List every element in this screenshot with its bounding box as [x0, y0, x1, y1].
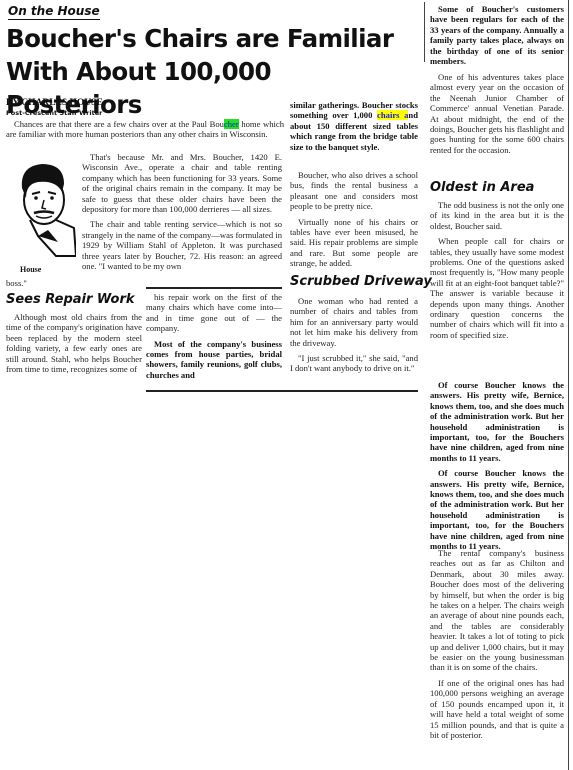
column-1-text: That's because Mr. and Mrs. Boucher, 142…	[82, 152, 282, 276]
column-1-lower-text: Although most old chairs from the time o…	[6, 312, 142, 379]
cartoon-illustration	[8, 158, 76, 258]
section-kicker: On the House	[8, 4, 100, 20]
byline: BY CHARLES HOUSE	[6, 98, 103, 108]
column-4-text: One of his adventures takes place almost…	[430, 72, 564, 160]
illustration-caption: House	[20, 265, 41, 274]
column-3-text: Boucher, who also drives a school bus, f…	[290, 170, 418, 274]
column-3-lower-text: One woman who had rented a number of cha…	[290, 296, 418, 379]
highlight-green[interactable]: cher	[224, 119, 239, 129]
column-3-bold-text: similar gatherings. Boucher stocks somet…	[290, 100, 418, 157]
headline-line-1: Boucher's Chairs are Familiar	[6, 22, 406, 55]
subhead-scrubbed-driveway: Scrubbed Driveway	[290, 274, 432, 289]
column-divider-rule	[146, 287, 282, 289]
page-right-edge-rule	[568, 0, 569, 770]
column-4-bold-repeat: Of course Boucher knows the answers. His…	[430, 380, 564, 557]
byline-title: Post-Crescent Staff Writer	[6, 109, 102, 117]
column-2-text: his repair work on the first of the many…	[146, 292, 282, 385]
caption-continuation: boss."	[6, 278, 66, 288]
highlight-yellow[interactable]: chairs a	[377, 110, 408, 120]
lede-paragraph: Chances are that there are a few chairs …	[6, 119, 284, 145]
column-4-closing-text: The rental company's business reaches ou…	[430, 548, 564, 745]
subhead-oldest-in-area: Oldest in Area	[430, 180, 534, 195]
man-portrait-icon	[8, 158, 76, 258]
column-4-bold-intro: Some of Boucher's customers have been re…	[430, 4, 564, 71]
column-4-lower-text: The odd business is not the only one of …	[430, 200, 564, 345]
subhead-sees-repair-work: Sees Repair Work	[6, 292, 135, 307]
column-4-left-rule	[424, 2, 425, 62]
bottom-rule	[146, 390, 418, 392]
